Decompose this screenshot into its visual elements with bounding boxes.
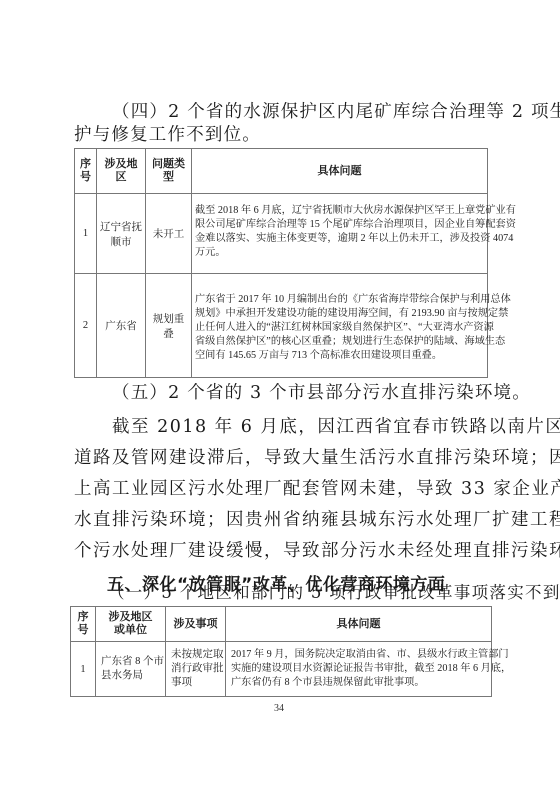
detail-line: 省级自然保护区”的核心区重叠；规划进行生态保护的陆域、海域生态 [195, 335, 484, 349]
item-line: 事项 [171, 676, 222, 690]
detail-line: 规划》中承担开发建设功能的建设用海空间，有 2193.90 亩与按规定禁 [195, 307, 484, 321]
header-region: 涉及地区 或单位 [96, 607, 166, 642]
detail-line: 实施的建设项目水资源论证报告书审批，截至 2018 年 6 月底， [231, 662, 488, 676]
row-detail: 2017 年 9 月，国务院决定取消由省、市、县级水行政主管部门 实施的建设项目… [226, 642, 492, 697]
chapter5-sub1-heading: （一）5 个地区和部门的 5 项行政审批改革事项落实不到位。 [108, 582, 560, 604]
header-detail: 具体问题 [192, 149, 488, 194]
row-type: 规划重叠 [146, 274, 192, 378]
row-detail: 截至 2018 年 6 月底，辽宁省抚顺市大伙房水源保护区罕王上章党矿业有 限公… [192, 194, 488, 274]
header-detail: 具体问题 [226, 607, 492, 642]
row-region: 广东省 [97, 274, 146, 378]
item-line: 未按规定取 [171, 648, 222, 662]
paragraph-line: 水直排污染环境；因贵州省纳雍县城东污水处理厂扩建工程等三 [74, 509, 560, 531]
header-type: 问题类型 [146, 149, 192, 194]
detail-line: 广东省于 2017 年 10 月编制出台的《广东省海岸带综合保护与利用总体 [195, 293, 484, 307]
detail-line: 万元。 [195, 246, 484, 260]
paragraph-line: 截至 2018 年 6 月底，因江西省宜春市铁路以南片区部分市政 [112, 416, 560, 438]
header-no: 序号 [75, 149, 97, 194]
region-line: 县水务局 [101, 669, 162, 683]
header-region: 涉及地区 [97, 149, 146, 194]
detail-line: 空间有 145.65 万亩与 713 个高标准农田建设项目重叠。 [195, 349, 484, 363]
detail-line: 金难以落实、实施主体变更等，逾期 2 年以上仍未开工，涉及投资 4074 [195, 232, 484, 246]
region-line: 广东省 [100, 318, 142, 333]
admin-approval-table: 序 号 涉及地区 或单位 涉及事项 具体问题 1 广东省 8 个市 县水务局 未… [70, 606, 492, 697]
paragraph-line: 道路及管网建设滞后，导致大量生活污水直排污染环境；因江西 [74, 447, 560, 469]
row-no: 1 [75, 194, 97, 274]
eco-protection-table: 序号 涉及地区 问题类型 具体问题 1 辽宁省抚 顺市 未开工 截至 2018 … [74, 148, 488, 378]
header-line: 或单位 [99, 624, 162, 637]
region-line: 广东省 8 个市 [101, 655, 162, 669]
section4-heading-line1: （四）2 个省的水源保护区内尾矿库综合治理等 2 项生态保 [112, 101, 560, 123]
table-row: 1 广东省 8 个市 县水务局 未按规定取 消行政审批 事项 2017 年 9 … [71, 642, 492, 697]
table-row: 1 辽宁省抚 顺市 未开工 截至 2018 年 6 月底，辽宁省抚顺市大伙房水源… [75, 194, 488, 274]
section4-heading-line2: 护与修复工作不到位。 [74, 124, 261, 146]
detail-line: 2017 年 9 月，国务院决定取消由省、市、县级水行政主管部门 [231, 648, 488, 662]
table-header-row: 序号 涉及地区 问题类型 具体问题 [75, 149, 488, 194]
table-row: 2 广东省 规划重叠 广东省于 2017 年 10 月编制出台的《广东省海岸带综… [75, 274, 488, 378]
paragraph-line: 个污水处理厂建设缓慢，导致部分污水未经处理直排污染环境。 [74, 540, 560, 562]
header-line: 涉及地区 [99, 611, 162, 624]
item-line: 消行政审批 [171, 662, 222, 676]
region-line: 顺市 [100, 234, 142, 249]
row-detail: 广东省于 2017 年 10 月编制出台的《广东省海岸带综合保护与利用总体 规划… [192, 274, 488, 378]
header-no: 序 号 [71, 607, 96, 642]
detail-line: 止任何人进入的“湛江红树林国家级自然保护区”、“大亚湾水产资源 [195, 321, 484, 335]
header-line: 序 [74, 611, 92, 624]
paragraph-line: 上高工业园区污水处理厂配套管网未建，导致 33 家企业产生的污 [74, 478, 560, 500]
detail-line: 限公司尾矿库综合治理等 15 个尾矿库综合治理项目，因企业自筹配套资 [195, 218, 484, 232]
header-line: 号 [74, 624, 92, 637]
row-item: 未按规定取 消行政审批 事项 [166, 642, 226, 697]
section5-heading: （五）2 个省的 3 个市县部分污水直排污染环境。 [112, 382, 531, 404]
table-header-row: 序 号 涉及地区 或单位 涉及事项 具体问题 [71, 607, 492, 642]
row-region: 广东省 8 个市 县水务局 [96, 642, 166, 697]
header-item: 涉及事项 [166, 607, 226, 642]
row-region: 辽宁省抚 顺市 [97, 194, 146, 274]
detail-line: 广东省仍有 8 个市县违规保留此审批事项。 [231, 676, 488, 690]
region-line: 辽宁省抚 [100, 219, 142, 234]
row-no: 1 [71, 642, 96, 697]
row-type: 未开工 [146, 194, 192, 274]
detail-line: 截至 2018 年 6 月底，辽宁省抚顺市大伙房水源保护区罕王上章党矿业有 [195, 204, 484, 218]
row-no: 2 [75, 274, 97, 378]
page-number: 34 [274, 703, 284, 714]
